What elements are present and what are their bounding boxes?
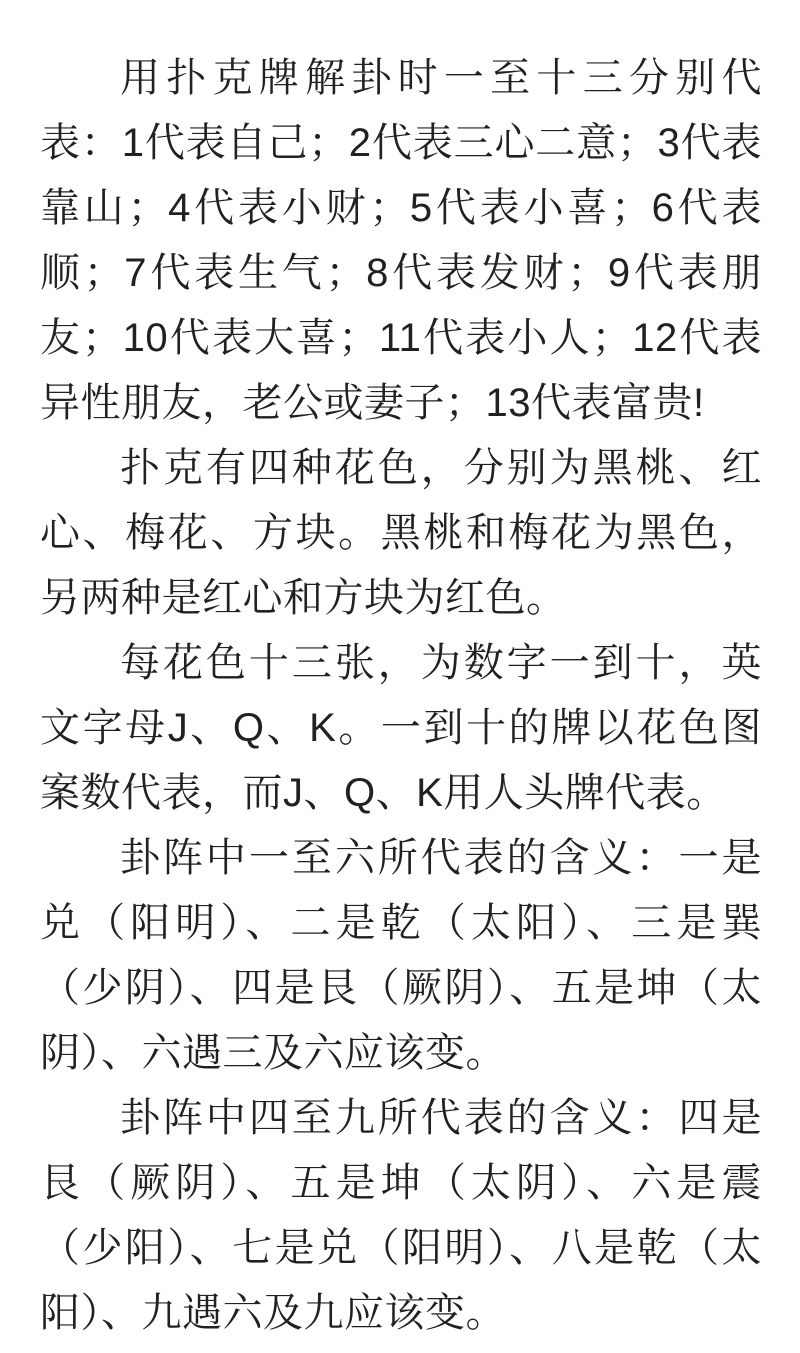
paragraph-card-suits: 扑克有四种花色，分别为黑桃、红心、梅花、方块。黑桃和梅花为黑色，另两种是红心和方… bbox=[40, 436, 762, 631]
paragraph-array-one-to-six: 卦阵中一至六所代表的含义：一是兑（阳明）、二是乾（太阳）、三是巽（少阴）、四是艮… bbox=[40, 826, 762, 1086]
paragraph-card-number-meanings: 用扑克牌解卦时一至十三分别代表：1代表自己；2代表三心二意；3代表靠山；4代表小… bbox=[40, 46, 762, 436]
paragraph-array-four-to-nine: 卦阵中四至九所代表的含义：四是艮（厥阴）、五是坤（太阴）、六是震（少阳）、七是兑… bbox=[40, 1086, 762, 1346]
article-body: 用扑克牌解卦时一至十三分别代表：1代表自己；2代表三心二意；3代表靠山；4代表小… bbox=[0, 0, 800, 1353]
paragraph-cards-per-suit: 每花色十三张，为数字一到十，英文字母J、Q、K。一到十的牌以花色图案数代表，而J… bbox=[40, 631, 762, 826]
